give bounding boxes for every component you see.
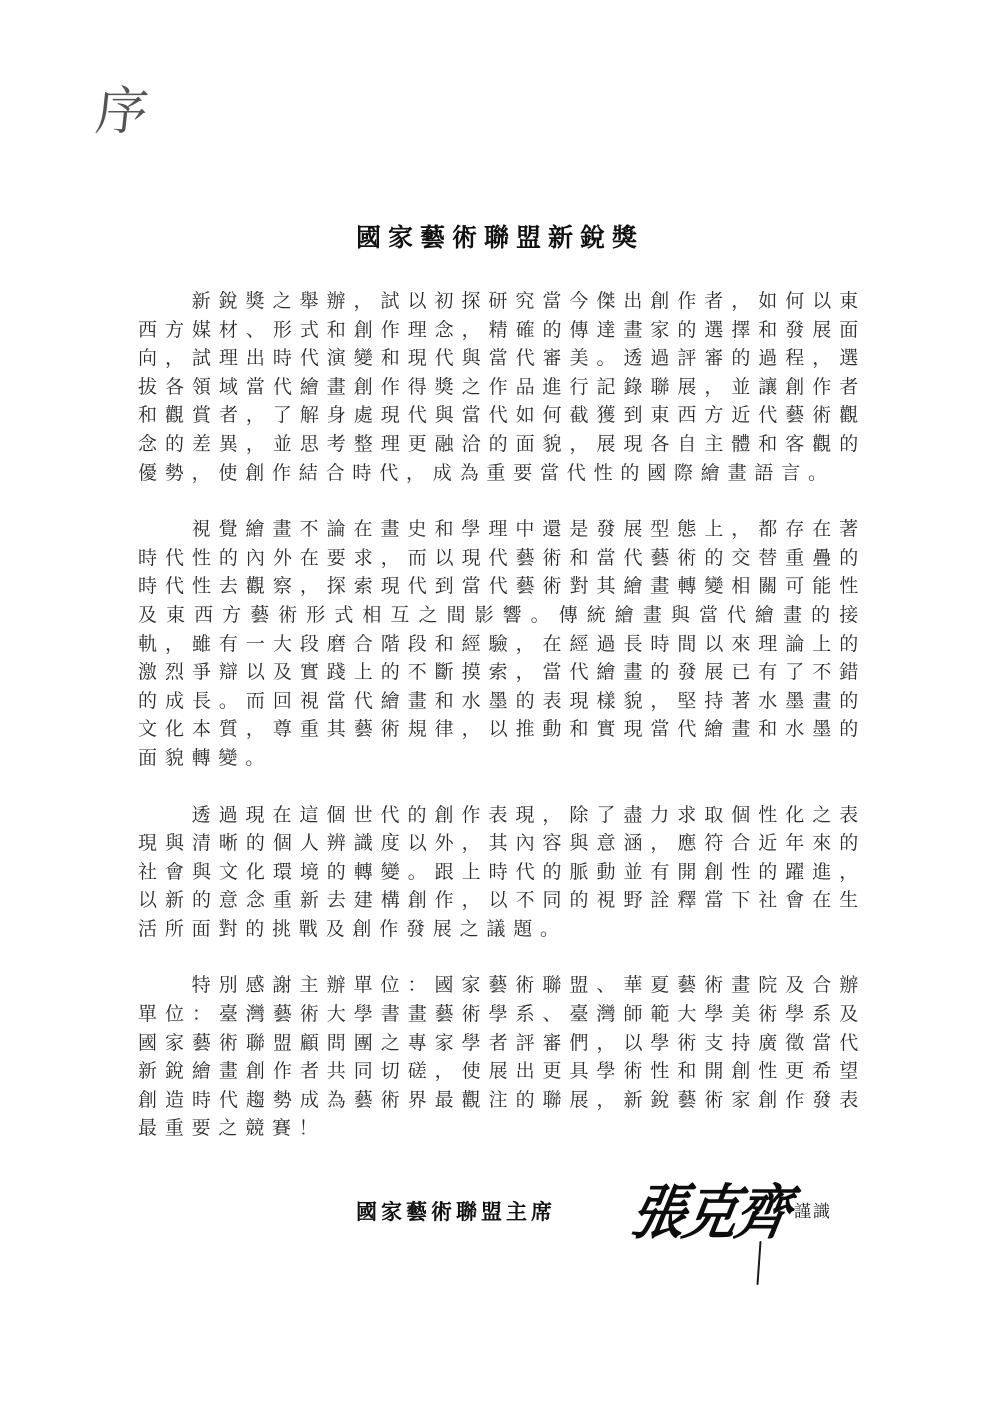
paragraph-4: 特別感謝主辦單位：國家藝術聯盟、華夏藝術畫院及合辦單位：臺灣藝術大學書畫藝術學系… xyxy=(138,971,866,1143)
signature-suffix: 謹識 xyxy=(794,1197,832,1227)
signatory-title: 國家藝術聯盟主席 xyxy=(356,1197,556,1227)
page-title: 國家藝術聯盟新銳獎 xyxy=(0,220,1000,256)
section-mark-preface: 序 xyxy=(93,82,151,142)
paragraph-1: 新銳獎之舉辦，試以初探研究當今傑出創作者，如何以東西方媒材、形式和創作理念，精確… xyxy=(138,287,866,487)
preface-body: 新銳獎之舉辦，試以初探研究當今傑出創作者，如何以東西方媒材、形式和創作理念，精確… xyxy=(138,287,866,1171)
paragraph-3: 透過現在這個世代的創作表現，除了盡力求取個性化之表現與清晰的個人辨識度以外，其內… xyxy=(138,801,866,944)
handwritten-signature: 張克齊 xyxy=(625,1174,795,1251)
paragraph-2: 視覺繪畫不論在畫史和學理中還是發展型態上，都存在著時代性的內外在要求，而以現代藝… xyxy=(138,515,866,772)
signature-block: 國家藝術聯盟主席 張克齊 謹識 xyxy=(350,1185,870,1295)
